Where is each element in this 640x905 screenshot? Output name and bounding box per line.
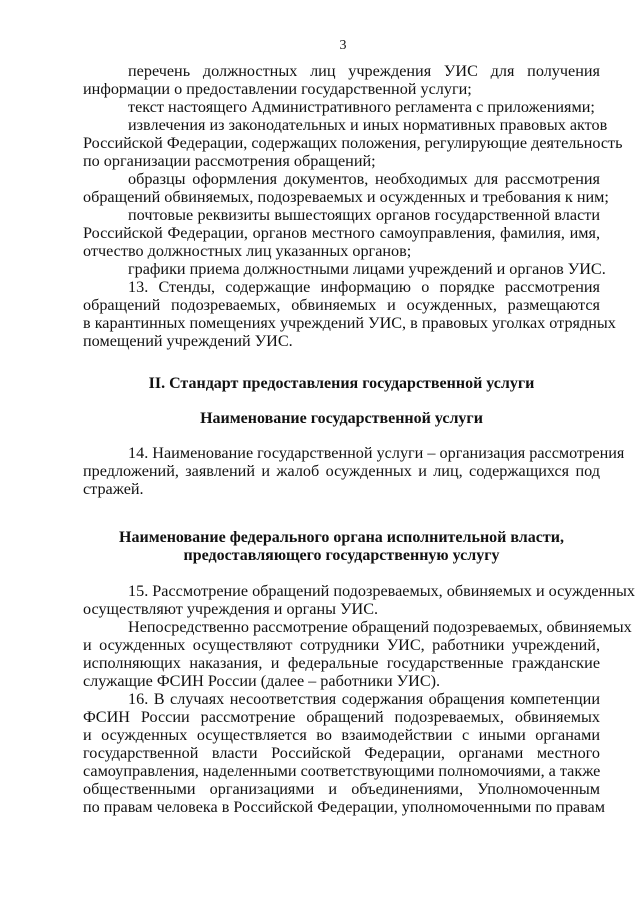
text-line: помещений учреждений УИС.: [83, 332, 600, 350]
text-line: Российской Федерации, содержащих положен…: [83, 134, 600, 152]
text-line: исполняющих наказания, и федеральные гос…: [83, 654, 600, 672]
section-heading: II. Стандарт предоставления государствен…: [83, 375, 600, 393]
text-line: образцы оформления документов, необходим…: [128, 170, 600, 188]
text-line: обращений обвиняемых, подозреваемых и ос…: [83, 188, 600, 206]
text-line: 14. Наименование государственной услуги …: [128, 444, 600, 462]
text-line: обращений подозреваемых, обвиняемых и ос…: [83, 296, 600, 314]
text-line: государственной власти Российской Федера…: [83, 744, 600, 762]
text-line: стражей.: [83, 480, 600, 498]
text-line: по правам человека в Российской Федераци…: [83, 798, 600, 816]
text-line: предложений, заявлений и жалоб осужденны…: [83, 462, 600, 480]
text-line: служащие ФСИН России (далее – работники …: [83, 672, 600, 690]
text-line: Непосредственно рассмотрение обращений п…: [128, 618, 600, 636]
subheading: предоставляющего государственную услугу: [83, 547, 600, 565]
text-line: отчество должностных лиц указанных орган…: [83, 242, 600, 260]
text-line: по организации рассмотрения обращений;: [83, 152, 600, 170]
text-line: текст настоящего Административного регла…: [128, 98, 600, 116]
text-line: и осужденных осуществляется во взаимодей…: [83, 726, 600, 744]
text-line: осуществляют учреждения и органы УИС.: [83, 600, 600, 618]
text-line: Российской Федерации, органов местного с…: [83, 224, 600, 242]
text-line: в карантинных помещениях учреждений УИС,…: [83, 314, 600, 332]
text-line: общественными организациями и объединени…: [83, 780, 600, 798]
text-line: самоуправления, наделенными соответствую…: [83, 762, 600, 780]
text-line: почтовые реквизиты вышестоящих органов г…: [128, 206, 600, 224]
document-page: 3 перечень должностных лиц учреждения УИ…: [0, 0, 640, 905]
subheading: Наименование государственной услуги: [83, 410, 600, 428]
text-line: ФСИН России рассмотрение обращений подоз…: [83, 708, 600, 726]
text-line: и осужденных осуществляют сотрудники УИС…: [83, 636, 600, 654]
subheading: Наименование федерального органа исполни…: [83, 529, 600, 547]
text-line: 13. Стенды, содержащие информацию о поря…: [128, 278, 600, 296]
page-number: 3: [0, 38, 640, 54]
text-line: информации о предоставлении государствен…: [83, 80, 600, 98]
text-line: перечень должностных лиц учреждения УИС …: [128, 62, 600, 80]
text-line: извлечения из законодательных и иных нор…: [128, 116, 600, 134]
text-line: графики приема должностными лицами учреж…: [128, 260, 600, 278]
text-line: 15. Рассмотрение обращений подозреваемых…: [128, 582, 600, 600]
text-line: 16. В случаях несоответствия содержания …: [128, 690, 600, 708]
